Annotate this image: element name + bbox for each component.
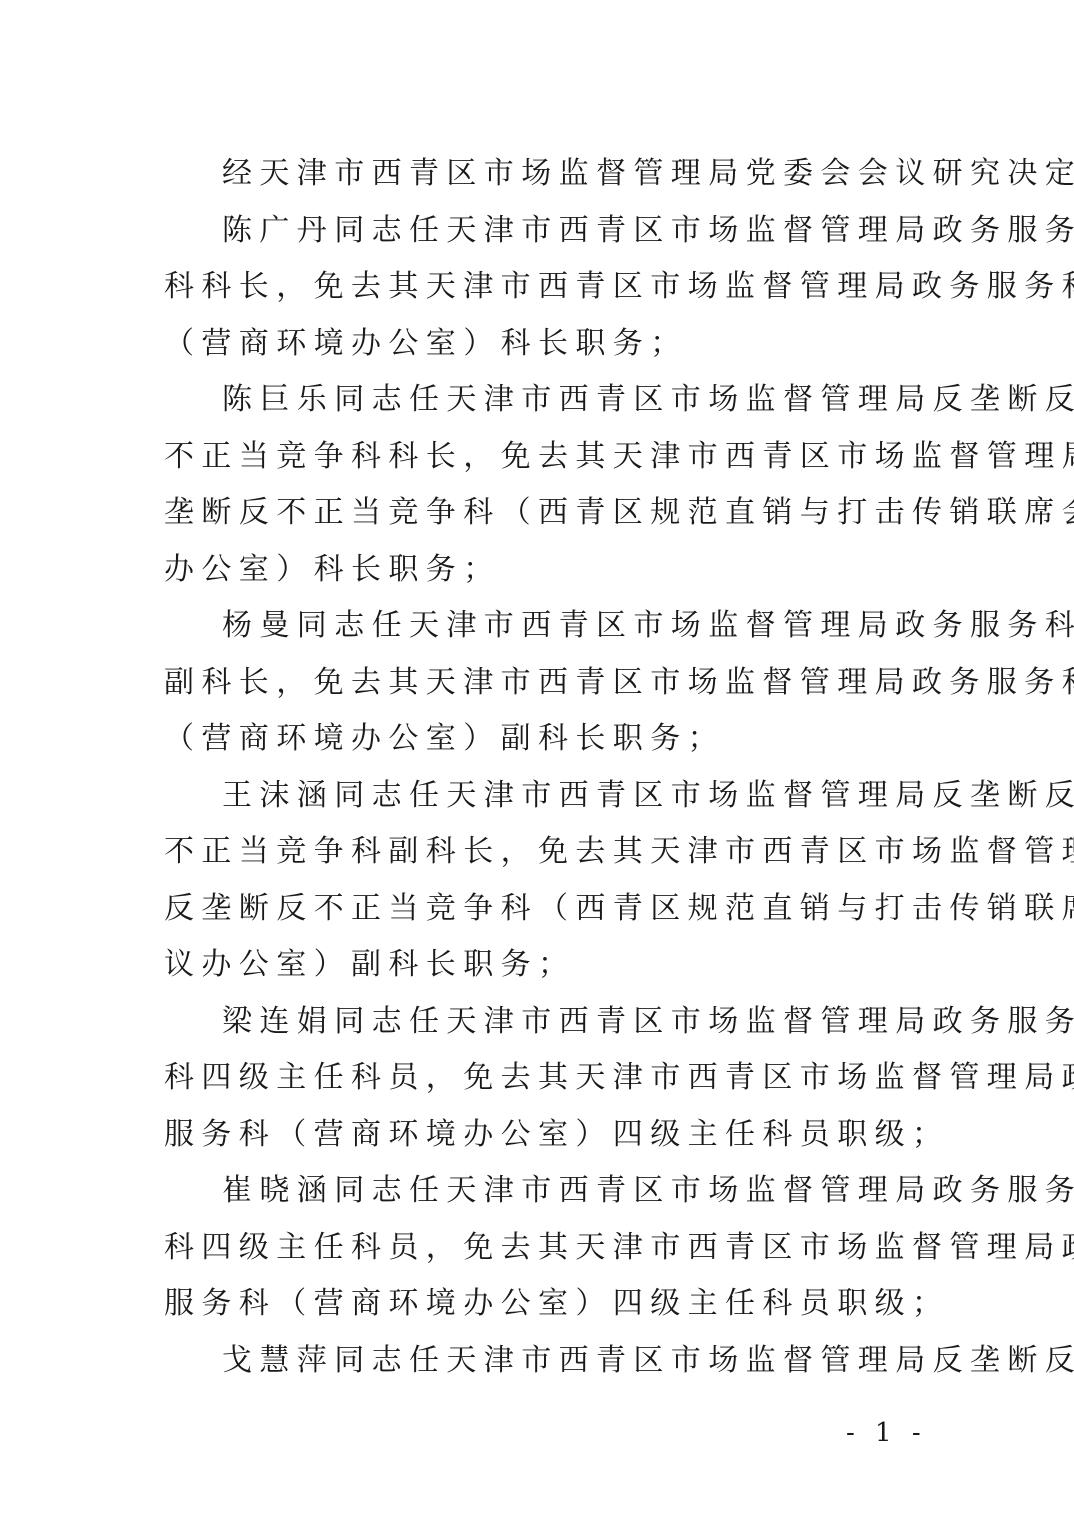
paragraph-line: 服务科（营商环境办公室）四级主任科员职级；	[164, 1107, 914, 1164]
paragraph-line: 戈慧萍同志任天津市西青区市场监督管理局反垄断反	[164, 1333, 914, 1390]
paragraph-line: （营商环境办公室）科长职务；	[164, 316, 914, 373]
paragraph-line: 梁连娟同志任天津市西青区市场监督管理局政务服务	[164, 994, 914, 1051]
paragraph-line: 副科长，免去其天津市西青区市场监督管理局政务服务科	[164, 655, 914, 712]
document-page: 经天津市西青区市场监督管理局党委会会议研究决定： 陈广丹同志任天津市西青区市场监…	[0, 0, 1074, 1520]
paragraph-line: 垄断反不正当竞争科（西青区规范直销与打击传销联席会议	[164, 485, 914, 542]
paragraph-line: （营商环境办公室）副科长职务；	[164, 711, 914, 768]
paragraph-line: 反垄断反不正当竞争科（西青区规范直销与打击传销联席会	[164, 881, 914, 938]
paragraph-line: 科四级主任科员，免去其天津市西青区市场监督管理局政务	[164, 1220, 914, 1277]
paragraph-line: 科四级主任科员，免去其天津市西青区市场监督管理局政务	[164, 1050, 914, 1107]
paragraph-line: 陈广丹同志任天津市西青区市场监督管理局政务服务	[164, 203, 914, 260]
paragraph-line: 王沫涵同志任天津市西青区市场监督管理局反垄断反	[164, 768, 914, 825]
paragraph-line: 议办公室）副科长职务；	[164, 937, 914, 994]
paragraph-line: 崔晓涵同志任天津市西青区市场监督管理局政务服务	[164, 1163, 914, 1220]
paragraph-intro-line: 经天津市西青区市场监督管理局党委会会议研究决定：	[164, 146, 914, 203]
document-body: 经天津市西青区市场监督管理局党委会会议研究决定： 陈广丹同志任天津市西青区市场监…	[164, 146, 914, 1389]
paragraph-line: 陈巨乐同志任天津市西青区市场监督管理局反垄断反	[164, 372, 914, 429]
paragraph-line: 不正当竞争科科长，免去其天津市西青区市场监督管理局反	[164, 429, 914, 486]
paragraph-line: 科科长，免去其天津市西青区市场监督管理局政务服务科	[164, 259, 914, 316]
paragraph-line: 不正当竞争科副科长，免去其天津市西青区市场监督管理局	[164, 824, 914, 881]
paragraph-line: 服务科（营商环境办公室）四级主任科员职级；	[164, 1276, 914, 1333]
paragraph-line: 办公室）科长职务；	[164, 542, 914, 599]
page-number: - 1 -	[846, 1418, 927, 1448]
paragraph-line: 杨曼同志任天津市西青区市场监督管理局政务服务科	[164, 598, 914, 655]
